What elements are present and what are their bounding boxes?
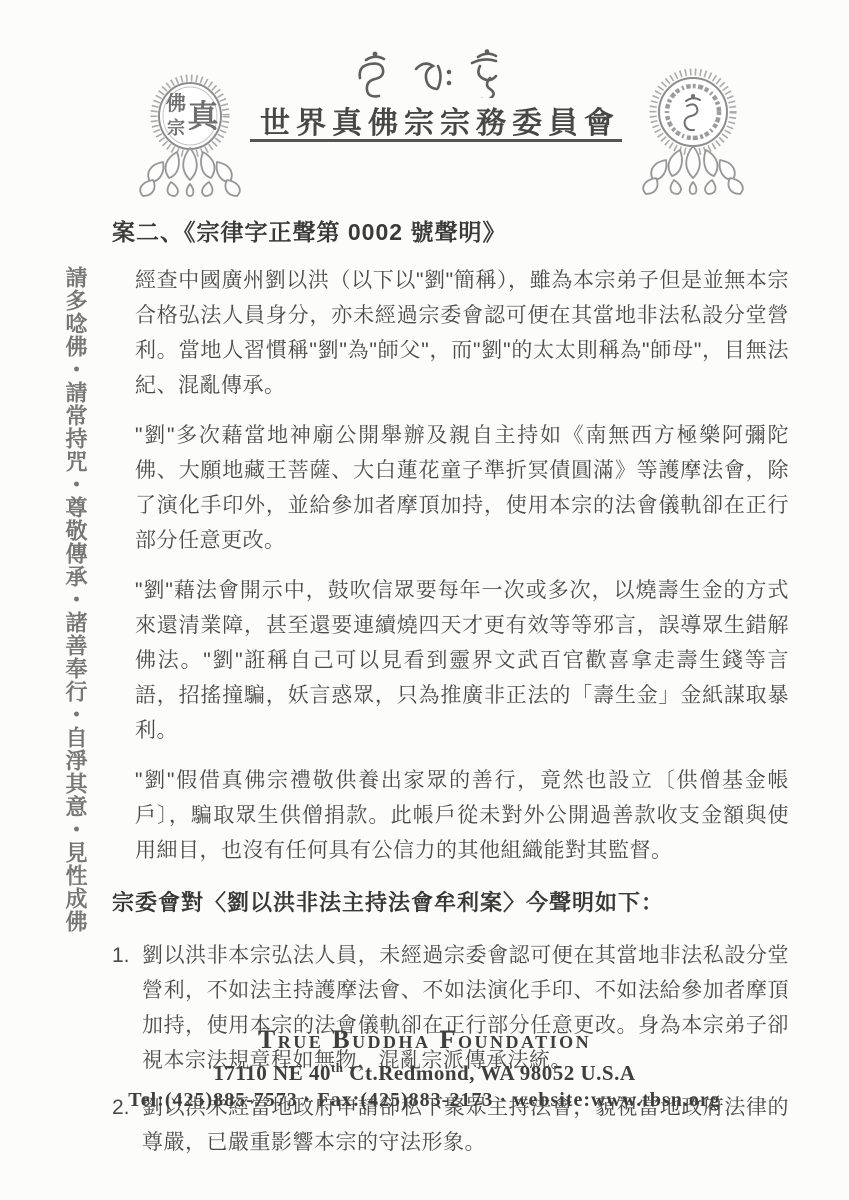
- om-ah-hum-seed-syllables-icon: [350, 46, 518, 98]
- address-ordinal-suffix: th: [331, 1060, 344, 1075]
- org-title: 世界真佛宗宗務委員會: [210, 98, 670, 142]
- address-street: 17110 NE 40: [213, 1061, 331, 1085]
- emblem-char-fo: 佛: [166, 91, 186, 115]
- statement-paragraph-2: "劉"多次藉當地神廟公開舉辦及親自主持如《南無西方極樂阿彌陀佛、大願地藏王菩薩、…: [135, 418, 789, 558]
- case-heading: 案二、《宗律字正聲第 0002 號聲明》: [112, 214, 506, 247]
- lotus-icon: [643, 146, 743, 194]
- address-city-state: Ct.Redmond, WA 98052 U.S.A: [344, 1061, 636, 1085]
- contact-line: Tel:(425)885-7573 · Fax:(425)883-2173 · …: [0, 1087, 849, 1113]
- title-underline: [250, 139, 622, 142]
- statement-paragraph-4: "劉"假借真佛宗禮敬供養出家眾的善行，竟然也設立〔供僧基金帳戶〕，騙取眾生供僧捐…: [135, 763, 789, 868]
- side-motto-vertical-text: 請多唸佛・請常持咒・尊敬傳承・諸善奉行・自淨其意・見性成佛: [60, 266, 91, 936]
- statement-heading: 宗委會對〈劉以洪非法主持法會牟利案〉今聲明如下：: [112, 885, 789, 920]
- letterhead-footer: True Buddha Foundation 17110 NE 40th Ct.…: [0, 1026, 849, 1113]
- lotus-icon: [140, 148, 240, 196]
- foundation-name: True Buddha Foundation: [0, 1026, 849, 1054]
- foundation-address: 17110 NE 40th Ct.Redmond, WA 98052 U.S.A: [0, 1054, 849, 1087]
- emblem-char-zong: 宗: [167, 117, 185, 138]
- statement-paragraph-1: 經查中國廣州劉以洪（以下以"劉"簡稱），雖為本宗弟子但是並無本宗合格弘法人員身分…: [135, 263, 789, 403]
- statement-paragraph-3: "劉"藉法會開示中，鼓吹信眾要每年一次或多次，以燒壽生金的方式來還清業障，甚至還…: [135, 573, 789, 748]
- statement-document-page: 佛 真 宗: [0, 0, 849, 1200]
